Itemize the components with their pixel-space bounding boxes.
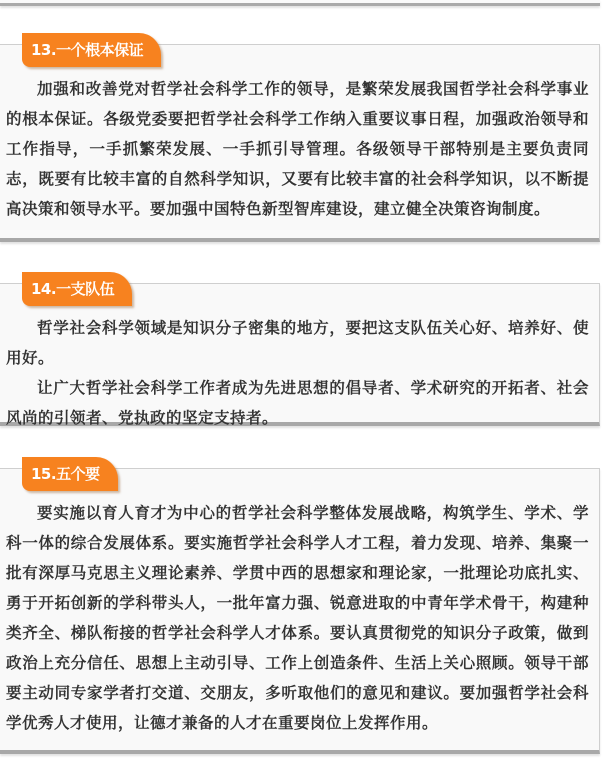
section-paragraph: 让广大哲学社会科学工作者成为先进思想的倡导者、学术研究的开拓者、社会风尚的引领者… xyxy=(6,373,589,433)
section-badge: 15.五个要 xyxy=(22,457,118,491)
previous-card-edge xyxy=(0,0,600,6)
section-card-14: 14.一支队伍 哲学社会科学领域是知识分子密集的地方，要把这支队伍关心好、培养好… xyxy=(0,283,600,426)
section-badge: 14.一支队伍 xyxy=(22,272,132,306)
section-paragraph: 哲学社会科学领域是知识分子密集的地方，要把这支队伍关心好、培养好、使用好。 xyxy=(6,313,589,373)
section-card-13: 13.一个根本保证 加强和改善党对哲学社会科学工作的领导，是繁荣发展我国哲学社会… xyxy=(0,44,600,242)
section-paragraph: 要实施以育人育才为中心的哲学社会科学整体发展战略，构筑学生、学术、学科一体的综合… xyxy=(6,498,589,738)
section-badge: 13.一个根本保证 xyxy=(22,33,161,67)
section-card-15: 15.五个要 要实施以育人育才为中心的哲学社会科学整体发展战略，构筑学生、学术、… xyxy=(0,468,600,754)
section-paragraph: 加强和改善党对哲学社会科学工作的领导，是繁荣发展我国哲学社会科学事业的根本保证。… xyxy=(6,74,589,224)
